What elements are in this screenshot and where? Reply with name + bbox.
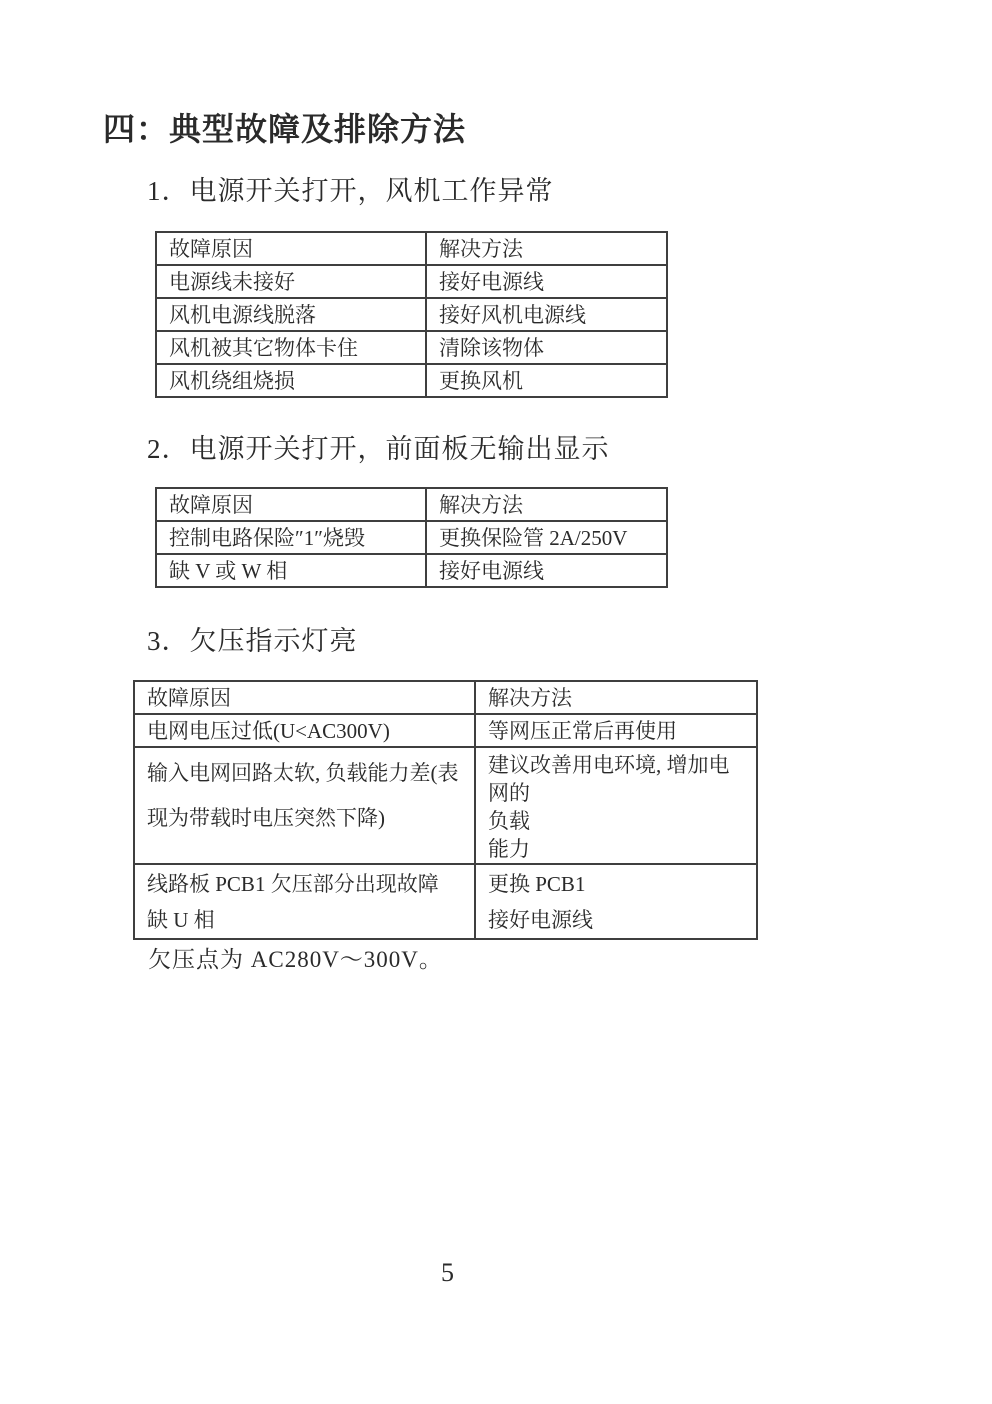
- undervoltage-note: 欠压点为 AC280V～300V。: [148, 941, 443, 974]
- table-header-cell: 解决方法: [475, 681, 757, 714]
- table-cell: 输入电网回路太软, 负载能力差(表 现为带载时电压突然下降): [134, 747, 475, 864]
- table-cell: 接好电源线: [426, 265, 667, 298]
- table-cell: 接好电源线: [426, 554, 667, 587]
- table-cell: 电源线未接好: [156, 265, 426, 298]
- table-cell: 等网压正常后再使用: [475, 714, 757, 747]
- section-2-heading: 2．电源开关打开，前面板无输出显示: [147, 427, 610, 466]
- table-row: 控制电路保险″1″烧毁更换保险管 2A/250V: [156, 521, 667, 554]
- table-cell: 电网电压过低(U<AC300V): [134, 714, 475, 747]
- table-cell: 清除该物体: [426, 331, 667, 364]
- table-row: 输入电网回路太软, 负载能力差(表 现为带载时电压突然下降)建议改善用电环境, …: [134, 747, 757, 864]
- fault-table-fan-abnormal: 故障原因解决方法电源线未接好接好电源线风机电源线脱落接好风机电源线风机被其它物体…: [155, 231, 668, 398]
- table-row: 风机电源线脱落接好风机电源线: [156, 298, 667, 331]
- page-title: 四：典型故障及排除方法: [103, 104, 466, 150]
- table-cell: 风机被其它物体卡住: [156, 331, 426, 364]
- table-header-cell: 故障原因: [156, 232, 426, 265]
- table-row: 风机被其它物体卡住清除该物体: [156, 331, 667, 364]
- page-number: 5: [441, 1258, 454, 1288]
- table-cell: 缺 V 或 W 相: [156, 554, 426, 587]
- table-cell: 更换风机: [426, 364, 667, 397]
- table-cell: 更换保险管 2A/250V: [426, 521, 667, 554]
- table-header-row: 故障原因解决方法: [156, 488, 667, 521]
- table-row: 电网电压过低(U<AC300V)等网压正常后再使用: [134, 714, 757, 747]
- fault-table-no-display: 故障原因解决方法控制电路保险″1″烧毁更换保险管 2A/250V缺 V 或 W …: [155, 487, 668, 588]
- table-cell: 建议改善用电环境, 增加电网的 负载 能力: [475, 747, 757, 864]
- table-row: 线路板 PCB1 欠压部分出现故障 缺 U 相更换 PCB1 接好电源线: [134, 864, 757, 939]
- document-page: 四：典型故障及排除方法 1．电源开关打开，风机工作异常 故障原因解决方法电源线未…: [0, 0, 992, 1404]
- table-cell: 接好风机电源线: [426, 298, 667, 331]
- table-cell: 风机电源线脱落: [156, 298, 426, 331]
- fault-table-undervoltage: 故障原因解决方法电网电压过低(U<AC300V)等网压正常后再使用输入电网回路太…: [133, 680, 758, 940]
- table-header-cell: 解决方法: [426, 232, 667, 265]
- table-cell: 更换 PCB1 接好电源线: [475, 864, 757, 939]
- table-cell: 控制电路保险″1″烧毁: [156, 521, 426, 554]
- table-cell: 线路板 PCB1 欠压部分出现故障 缺 U 相: [134, 864, 475, 939]
- table-header-row: 故障原因解决方法: [156, 232, 667, 265]
- table-row: 缺 V 或 W 相接好电源线: [156, 554, 667, 587]
- table-header-cell: 故障原因: [134, 681, 475, 714]
- table-row: 电源线未接好接好电源线: [156, 265, 667, 298]
- section-3-heading: 3．欠压指示灯亮: [147, 619, 358, 658]
- table-row: 风机绕组烧损更换风机: [156, 364, 667, 397]
- table-cell: 风机绕组烧损: [156, 364, 426, 397]
- table-header-cell: 解决方法: [426, 488, 667, 521]
- section-1-heading: 1．电源开关打开，风机工作异常: [147, 169, 554, 208]
- table-header-cell: 故障原因: [156, 488, 426, 521]
- table-header-row: 故障原因解决方法: [134, 681, 757, 714]
